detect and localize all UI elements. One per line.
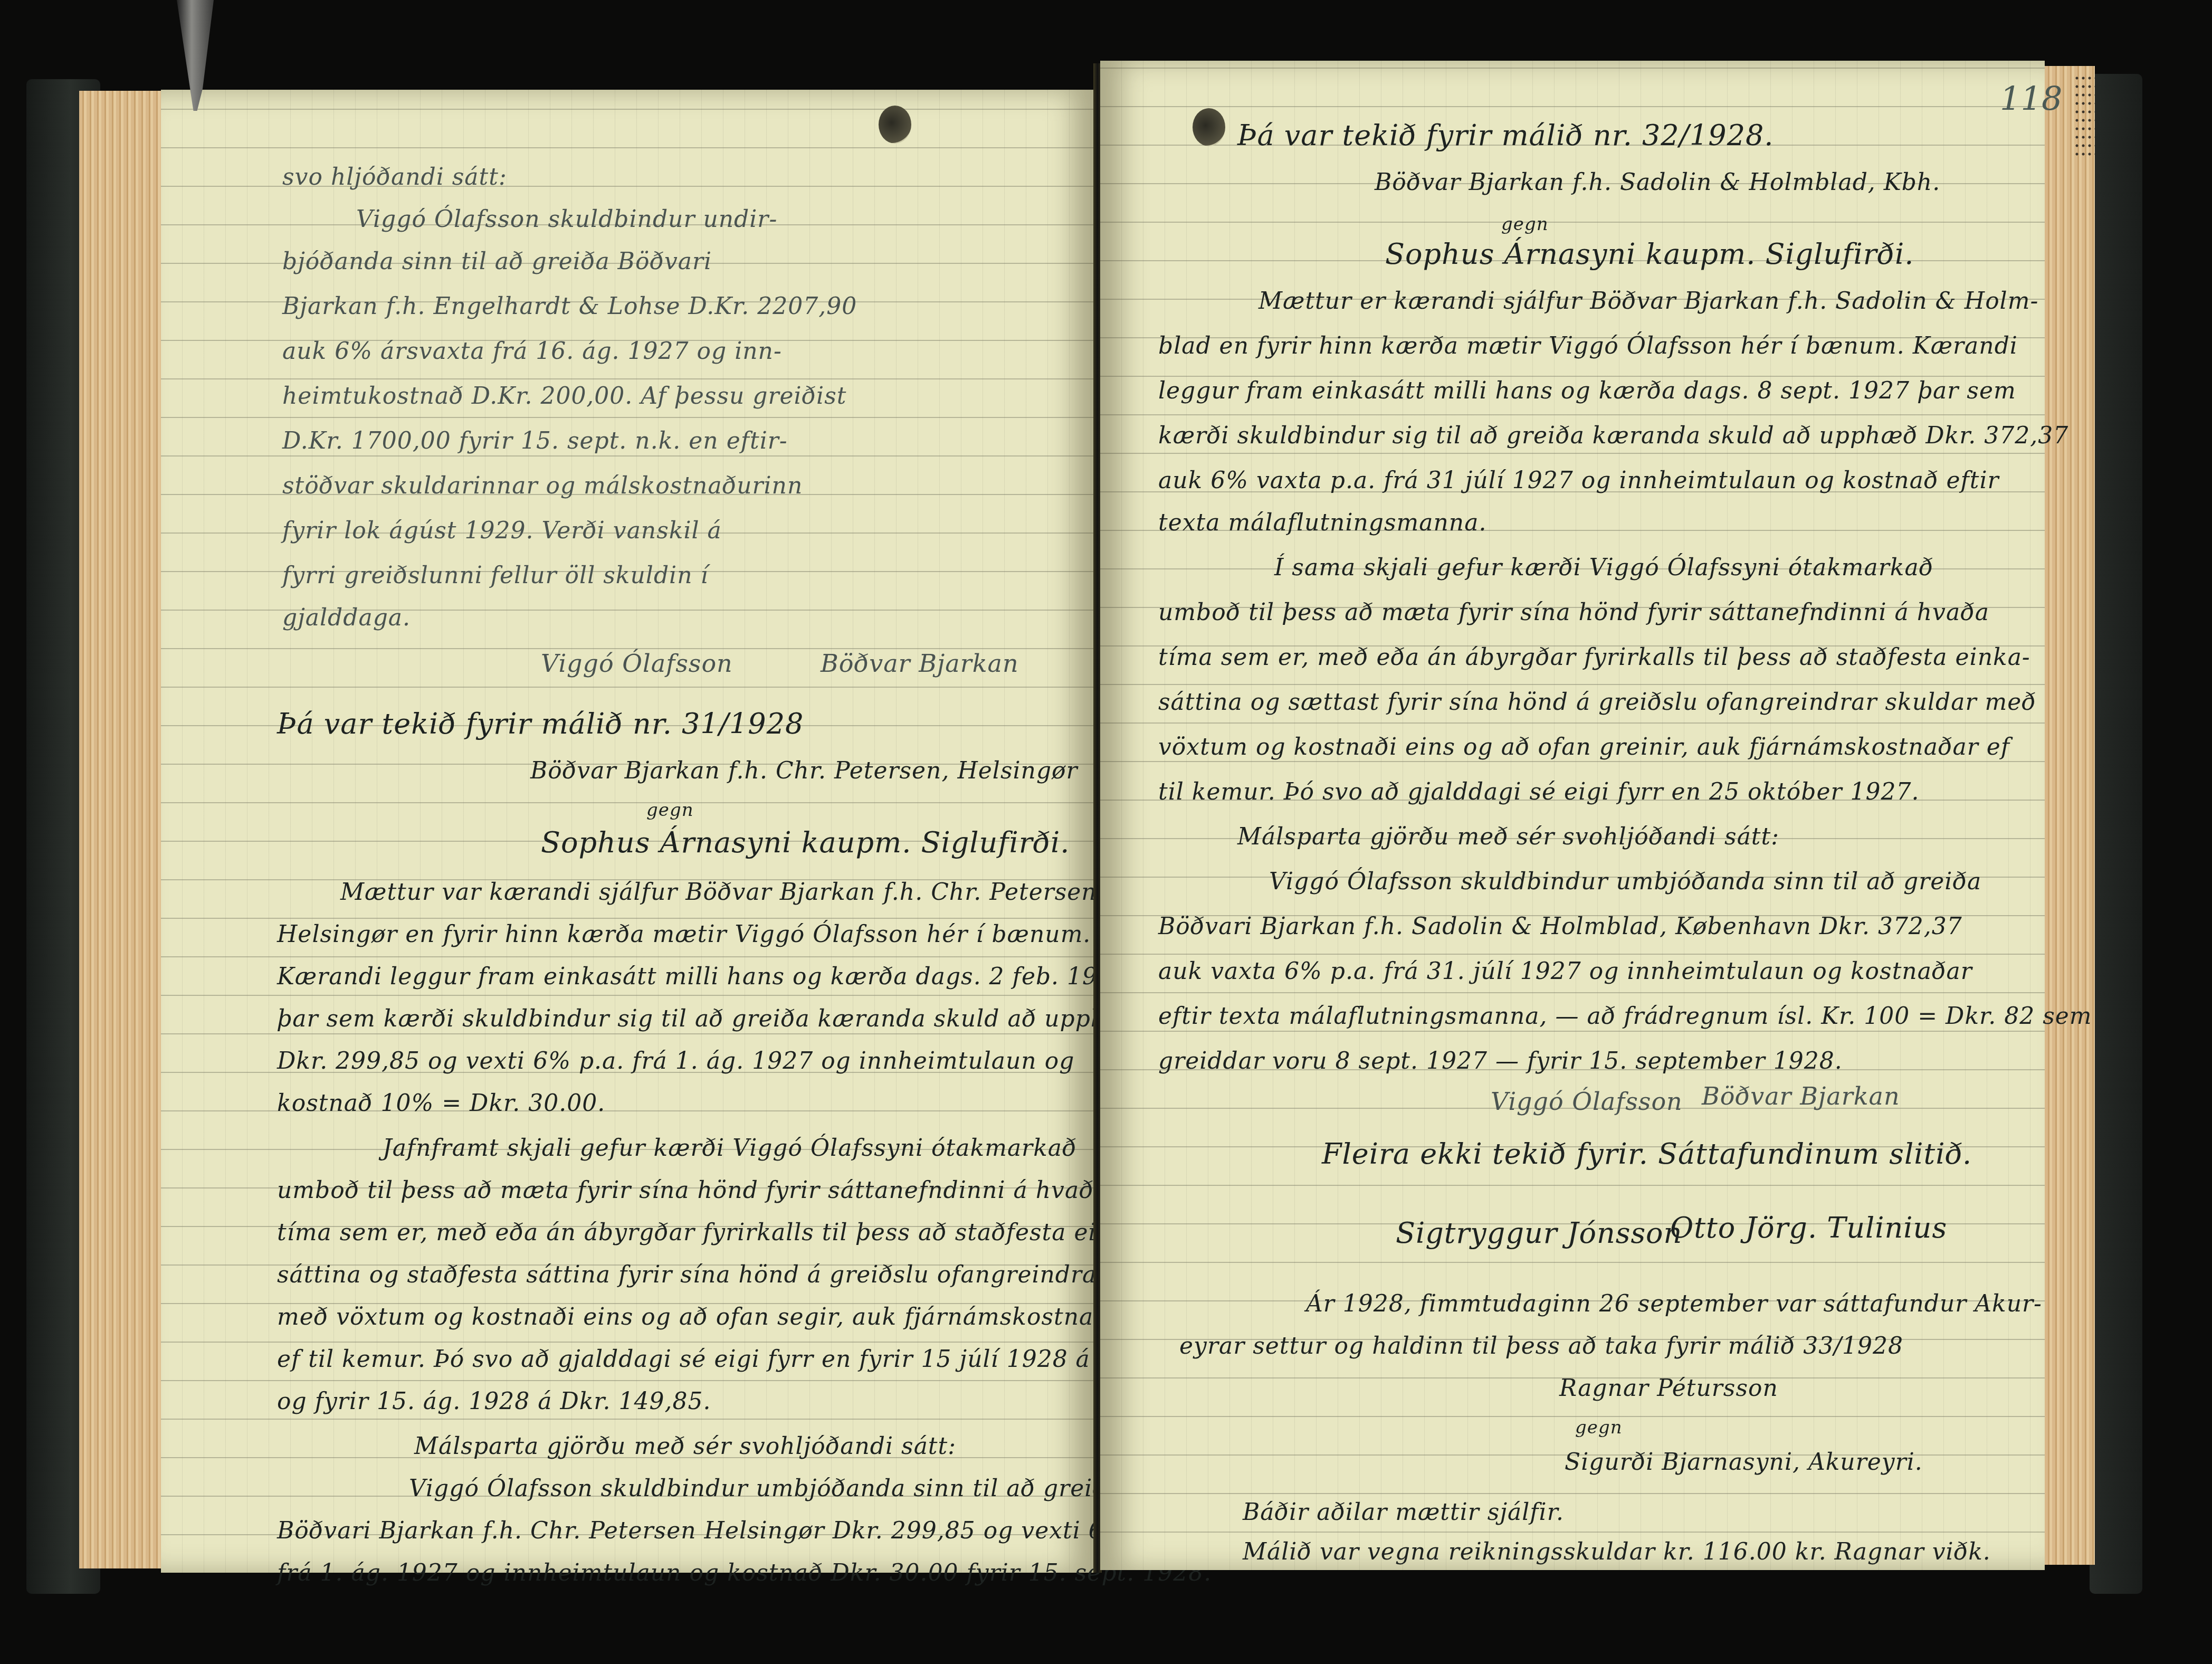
defendant: Sophus Árnasyni kaupm. Siglufirði. [1385, 237, 1914, 271]
session-line: eyrar settur og haldinn til þess að taka… [1179, 1333, 1903, 1359]
text-line: fyrir lok ágúst 1929. Verði vanskil á [282, 517, 722, 544]
text-line: stöðvar skuldarinnar og málskostnaðurinn [282, 472, 803, 499]
body-line: sáttina og sættast fyrir sína hönd á gre… [1158, 689, 2036, 716]
case-heading: Þá var tekið fyrir málið nr. 31/1928 [277, 707, 804, 740]
punch-hole-right [1193, 108, 1225, 146]
text-line: D.Kr. 1700,00 fyrir 15. sept. n.k. en ef… [282, 427, 788, 454]
plaintiff: Böðvar Bjarkan f.h. Sadolin & Holmblad, … [1375, 169, 1940, 196]
signature: Viggó Ólafsson [1491, 1087, 1683, 1116]
case-heading: Þá var tekið fyrir málið nr. 32/1928. [1237, 119, 1774, 152]
text-line: auk 6% ársvaxta frá 16. ág. 1927 og inn- [282, 338, 782, 365]
defendant: Sigurði Bjarnasyni, Akureyri. [1565, 1449, 1923, 1476]
defendant: Sophus Árnasyni kaupm. Siglufirði. [541, 826, 1070, 859]
settlement-line: Viggó Ólafsson skuldbindur umbjóðanda si… [409, 1475, 1121, 1502]
body-line: umboð til þess að mæta fyrir sína hönd f… [1158, 599, 1989, 626]
ink-speckles [2074, 74, 2095, 158]
body-line: Málið var vegna reikningsskuldar kr. 116… [1243, 1538, 1991, 1565]
signature: Böðvar Bjarkan [821, 649, 1019, 678]
body-line: Jafnframt skjali gefur kærði Viggó Ólafs… [383, 1135, 1077, 1162]
body-line: blad en fyrir hinn kærða mætir Viggó Óla… [1158, 332, 2018, 359]
body-line: og fyrir 15. ág. 1928 á Dkr. 149,85. [277, 1388, 711, 1415]
body-line: Dkr. 299,85 og vexti 6% p.a. frá 1. ág. … [277, 1048, 1074, 1075]
plaintiff: Ragnar Pétursson [1559, 1375, 1778, 1402]
body-line: Kærandi leggur fram einkasátt milli hans… [277, 963, 1128, 990]
signature: Otto Jörg. Tulinius [1670, 1211, 1947, 1244]
body-line: kærði skuldbindur sig til að greiða kæra… [1158, 422, 2068, 449]
settlement-intro: Málsparta gjörðu með sér svohljóðandi sá… [1237, 823, 1779, 850]
body-line: sáttina og staðfesta sáttina fyrir sína … [277, 1261, 1208, 1288]
body-line: texta málaflutningsmanna. [1158, 509, 1486, 536]
signature: Viggó Ólafsson [541, 649, 733, 678]
body-line: Báðir aðilar mættir sjálfir. [1243, 1499, 1564, 1526]
book-cover-right [2090, 74, 2142, 1594]
text-line: bjóðanda sinn til að greiða Böðvari [282, 248, 712, 275]
body-line: Mættur er kærandi sjálfur Böðvar Bjarkan… [1258, 288, 2038, 315]
signature: Sigtryggur Jónsson [1396, 1216, 1682, 1250]
body-line: Mættur var kærandi sjálfur Böðvar Bjarka… [340, 879, 1097, 906]
text-line: heimtukostnað D.Kr. 200,00. Af þessu gre… [282, 383, 846, 410]
body-line: tíma sem er, með eða án ábyrgðar fyrirka… [1158, 644, 2030, 671]
text-line: Bjarkan f.h. Engelhardt & Lohse D.Kr. 22… [282, 293, 857, 320]
text-line: gjalddaga. [282, 604, 411, 631]
settlement-line: eftir texta málaflutningsmanna, — að frá… [1158, 1003, 2092, 1030]
body-line: Helsingør en fyrir hinn kærða mætir Vigg… [277, 921, 1091, 948]
settlement-line: auk vaxta 6% p.a. frá 31. júlí 1927 og i… [1158, 958, 1972, 985]
versus: gegn [1575, 1417, 1623, 1438]
page-edges-left [79, 91, 161, 1568]
page-edges-right [2045, 66, 2095, 1565]
text-line: fyrri greiðslunni fellur öll skuldin í [282, 562, 709, 589]
body-line: með vöxtum og kostnaði eins og að ofan s… [277, 1304, 1134, 1330]
body-line: kostnað 10% = Dkr. 30.00. [277, 1090, 605, 1117]
punch-hole-left [879, 106, 911, 144]
plaintiff: Böðvar Bjarkan f.h. Chr. Petersen, Helsi… [530, 757, 1078, 784]
settlement-line: greiddar voru 8 sept. 1927 — fyrir 15. s… [1158, 1048, 1843, 1075]
body-line: til kemur. Þó svo að gjalddagi sé eigi f… [1158, 778, 1919, 805]
text-line: Viggó Ólafsson skuldbindur undir- [356, 206, 777, 233]
versus: gegn [1501, 214, 1549, 235]
settlement-line: Böðvari Bjarkan f.h. Chr. Petersen Helsi… [277, 1517, 1180, 1544]
body-line: leggur fram einkasátt milli hans og kærð… [1158, 377, 2016, 404]
left-page: svo hljóðandi sátt: Viggó Ólafsson skuld… [161, 90, 1095, 1573]
settlement-line: Böðvari Bjarkan f.h. Sadolin & Holmblad,… [1158, 913, 1962, 940]
session-line: Ár 1928, fimmtudaginn 26 september var s… [1306, 1290, 2042, 1317]
settlement-line: Viggó Ólafsson skuldbindur umbjóðanda si… [1269, 868, 1981, 895]
body-line: auk 6% vaxta p.a. frá 31 júlí 1927 og in… [1158, 467, 1999, 494]
closing-text: Fleira ekki tekið fyrir. Sáttafundinum s… [1322, 1137, 1972, 1171]
settlement-intro: Málsparta gjörðu með sér svohljóðandi sá… [414, 1433, 956, 1460]
body-line: vöxtum og kostnaði eins og að ofan grein… [1158, 734, 2010, 760]
body-line: Í sama skjali gefur kærði Viggó Ólafssyn… [1274, 554, 1933, 581]
right-page: Þá var tekið fyrir málið nr. 32/1928. Bö… [1100, 61, 2045, 1570]
text-line: svo hljóðandi sátt: [282, 164, 507, 191]
body-line: umboð til þess að mæta fyrir sína hönd f… [277, 1177, 1108, 1204]
page-number: 118 [2000, 79, 2062, 118]
body-line: tíma sem er, með eða án ábyrgðar fyrirka… [277, 1219, 1149, 1246]
body-line: þar sem kærði skuldbindur sig til að gre… [277, 1005, 1143, 1032]
versus: gegn [646, 800, 694, 821]
signature: Böðvar Bjarkan [1702, 1082, 1900, 1110]
settlement-line: frá 1. ág. 1927 og innheimtulaun og kost… [277, 1560, 1212, 1586]
